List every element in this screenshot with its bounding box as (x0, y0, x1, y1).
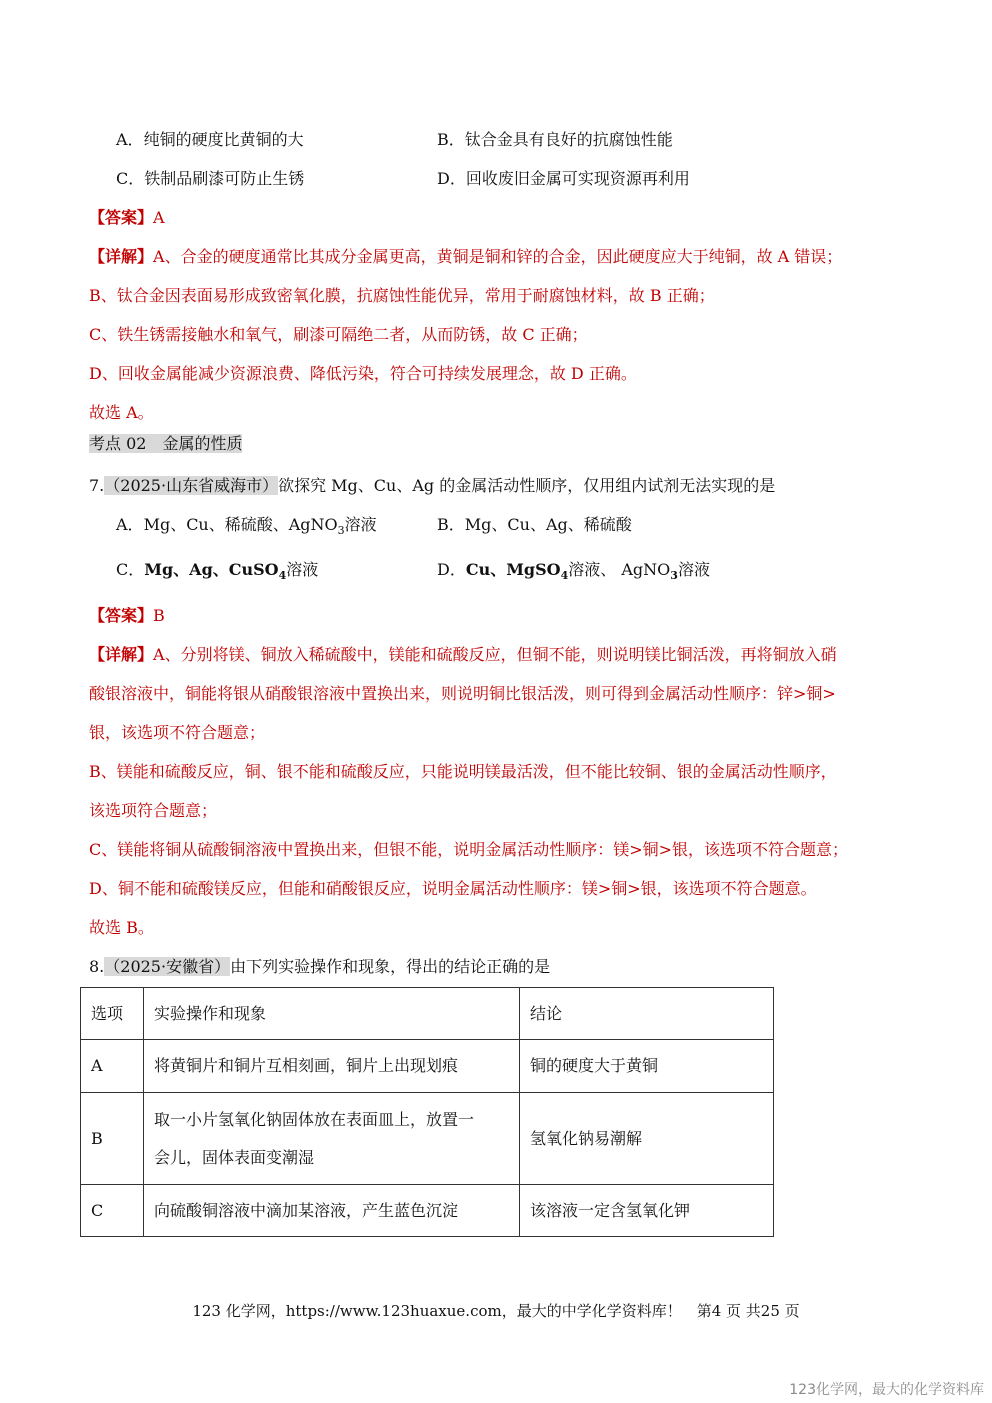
option-text: 溶液 (678, 560, 710, 579)
page-footer: 123 化学网，https://www.123huaxue.com，最大的中学化… (0, 1300, 992, 1321)
q7-option-c: C．Mg、Ag、CuSO4溶液 (116, 560, 318, 586)
answer-line: 【答案】B (89, 606, 165, 626)
option-letter: B． (437, 130, 465, 149)
detail-line: D、铜不能和硫酸镁反应，但能和硝酸银反应，说明金属活动性顺序：镁>铜>银，该选项… (89, 879, 817, 899)
option-text: 溶液 (345, 515, 377, 534)
detail-line: 【详解】A、分别将镁、铜放入稀硫酸中，镁能和硫酸反应，但铜不能，则说明镁比铜活泼… (89, 645, 837, 665)
answer-line: 【答案】A (89, 208, 165, 228)
cell-conclusion: 氢氧化钠易潮解 (520, 1093, 774, 1185)
option-text: Mg、Cu、稀硫酸、AgNO (144, 515, 338, 534)
answer-label: 【答案】 (89, 606, 153, 625)
cell-operation: 向硫酸铜溶液中滴加某溶液，产生蓝色沉淀 (144, 1185, 520, 1237)
cell-operation-line: 会儿，固体表面变潮湿 (154, 1139, 509, 1177)
detail-line: B、镁能和硫酸反应，铜、银不能和硫酸反应，只能说明镁最活泼，但不能比较铜、银的金… (89, 762, 837, 782)
option-text: Cu、MgSO (466, 560, 561, 579)
question-number: 8. (89, 957, 104, 976)
question-7-stem: 7.（2025·山东省威海市）欲探究 Mg、Cu、Ag 的金属活动性顺序，仅用组… (89, 476, 775, 496)
watermark: 123化学网，最大的化学资料库 (789, 1379, 984, 1399)
q7-option-a: A．Mg、Cu、稀硫酸、AgNO3溶液 (116, 515, 377, 541)
section-heading: 考点 02 金属的性质 (89, 434, 242, 454)
cell-operation: 将黄铜片和铜片互相刻画，铜片上出现划痕 (144, 1040, 520, 1093)
cell-operation: 取一小片氢氧化钠固体放在表面皿上，放置一 会儿，固体表面变潮湿 (144, 1093, 520, 1185)
cell-operation-line: 取一小片氢氧化钠固体放在表面皿上，放置一 (154, 1101, 509, 1139)
option-text: 回收废旧金属可实现资源再利用 (466, 169, 690, 188)
option-text: 溶液 (286, 560, 318, 579)
detail-line: 该选项符合题意； (89, 801, 217, 821)
option-letter: C． (116, 169, 144, 188)
option-letter: C． (116, 560, 144, 579)
cell-option: A (81, 1040, 144, 1093)
section-title: 考点 02 金属的性质 (89, 434, 242, 453)
answer-value: A (153, 208, 165, 227)
option-text: Mg、Cu、Ag、稀硫酸 (465, 515, 632, 534)
detail-text: A、分别将镁、铜放入稀硫酸中，镁能和硫酸反应，但铜不能，则说明镁比铜活泼，再将铜… (153, 645, 837, 664)
header-operation: 实验操作和现象 (144, 988, 520, 1040)
option-text: Mg、Ag、CuSO (144, 560, 278, 579)
header-option: 选项 (81, 988, 144, 1040)
conclusion: 故选 A。 (89, 403, 154, 423)
option-letter: A． (116, 515, 144, 534)
cell-conclusion: 该溶液一定含氢氧化钾 (520, 1185, 774, 1237)
detail-line: 【详解】A、合金的硬度通常比其成分金属更高，黄铜是铜和锌的合金，因此硬度应大于纯… (89, 247, 842, 267)
cell-option: C (81, 1185, 144, 1237)
cell-conclusion: 铜的硬度大于黄铜 (520, 1040, 774, 1093)
option-letter: B． (437, 515, 465, 534)
subscript: 3 (338, 524, 345, 537)
detail-line: 银，该选项不符合题意； (89, 723, 265, 743)
option-text: 铁制品刷漆可防止生锈 (144, 169, 304, 188)
option-b: B．钛合金具有良好的抗腐蚀性能 (437, 130, 673, 150)
question-8-stem: 8.（2025·安徽省）由下列实验操作和现象，得出的结论正确的是 (89, 957, 550, 977)
header-conclusion: 结论 (520, 988, 774, 1040)
question-source: （2025·山东省威海市） (104, 476, 278, 495)
subscript: 3 (670, 569, 678, 582)
table-row: B 取一小片氢氧化钠固体放在表面皿上，放置一 会儿，固体表面变潮湿 氢氧化钠易潮… (81, 1093, 774, 1185)
detail-text: A、合金的硬度通常比其成分金属更高，黄铜是铜和锌的合金，因此硬度应大于纯铜，故 … (153, 247, 842, 266)
table-row: A 将黄铜片和铜片互相刻画，铜片上出现划痕 铜的硬度大于黄铜 (81, 1040, 774, 1093)
table-row: C 向硫酸铜溶液中滴加某溶液，产生蓝色沉淀 该溶液一定含氢氧化钾 (81, 1185, 774, 1237)
option-letter: A． (116, 130, 144, 149)
question-source: （2025·安徽省） (104, 957, 230, 976)
option-a: A．纯铜的硬度比黄铜的大 (116, 130, 304, 150)
detail-label: 【详解】 (89, 645, 153, 664)
question-text: 欲探究 Mg、Cu、Ag 的金属活动性顺序，仅用组内试剂无法实现的是 (278, 476, 775, 495)
question-text: 由下列实验操作和现象，得出的结论正确的是 (230, 957, 550, 976)
detail-label: 【详解】 (89, 247, 153, 266)
answer-label: 【答案】 (89, 208, 153, 227)
option-text: 溶液、 AgNO (568, 560, 670, 579)
option-letter: D． (437, 169, 466, 188)
detail-line: C、镁能将铜从硫酸铜溶液中置换出来，但银不能，说明金属活动性顺序：镁>铜>银，该… (89, 840, 848, 860)
cell-option: B (81, 1093, 144, 1185)
option-c: C．铁制品刷漆可防止生锈 (116, 169, 304, 189)
question-number: 7. (89, 476, 104, 495)
detail-line: C、铁生锈需接触水和氧气，刷漆可隔绝二者，从而防锈，故 C 正确； (89, 325, 588, 345)
table-header-row: 选项 实验操作和现象 结论 (81, 988, 774, 1040)
answer-value: B (153, 606, 165, 625)
conclusion: 故选 B。 (89, 918, 154, 938)
q7-option-b: B．Mg、Cu、Ag、稀硫酸 (437, 515, 632, 535)
detail-line: B、钛合金因表面易形成致密氧化膜，抗腐蚀性能优异，常用于耐腐蚀材料，故 B 正确… (89, 286, 715, 306)
detail-line: 酸银溶液中，铜能将银从硝酸银溶液中置换出来，则说明铜比银活泼，则可得到金属活动性… (89, 684, 836, 704)
experiment-table: 选项 实验操作和现象 结论 A 将黄铜片和铜片互相刻画，铜片上出现划痕 铜的硬度… (80, 987, 774, 1237)
detail-line: D、回收金属能减少资源浪费、降低污染，符合可持续发展理念，故 D 正确。 (89, 364, 637, 384)
q7-option-d: D．Cu、MgSO4溶液、 AgNO3溶液 (437, 560, 710, 586)
option-text: 纯铜的硬度比黄铜的大 (144, 130, 304, 149)
option-d: D．回收废旧金属可实现资源再利用 (437, 169, 690, 189)
option-text: 钛合金具有良好的抗腐蚀性能 (465, 130, 673, 149)
option-letter: D． (437, 560, 466, 579)
